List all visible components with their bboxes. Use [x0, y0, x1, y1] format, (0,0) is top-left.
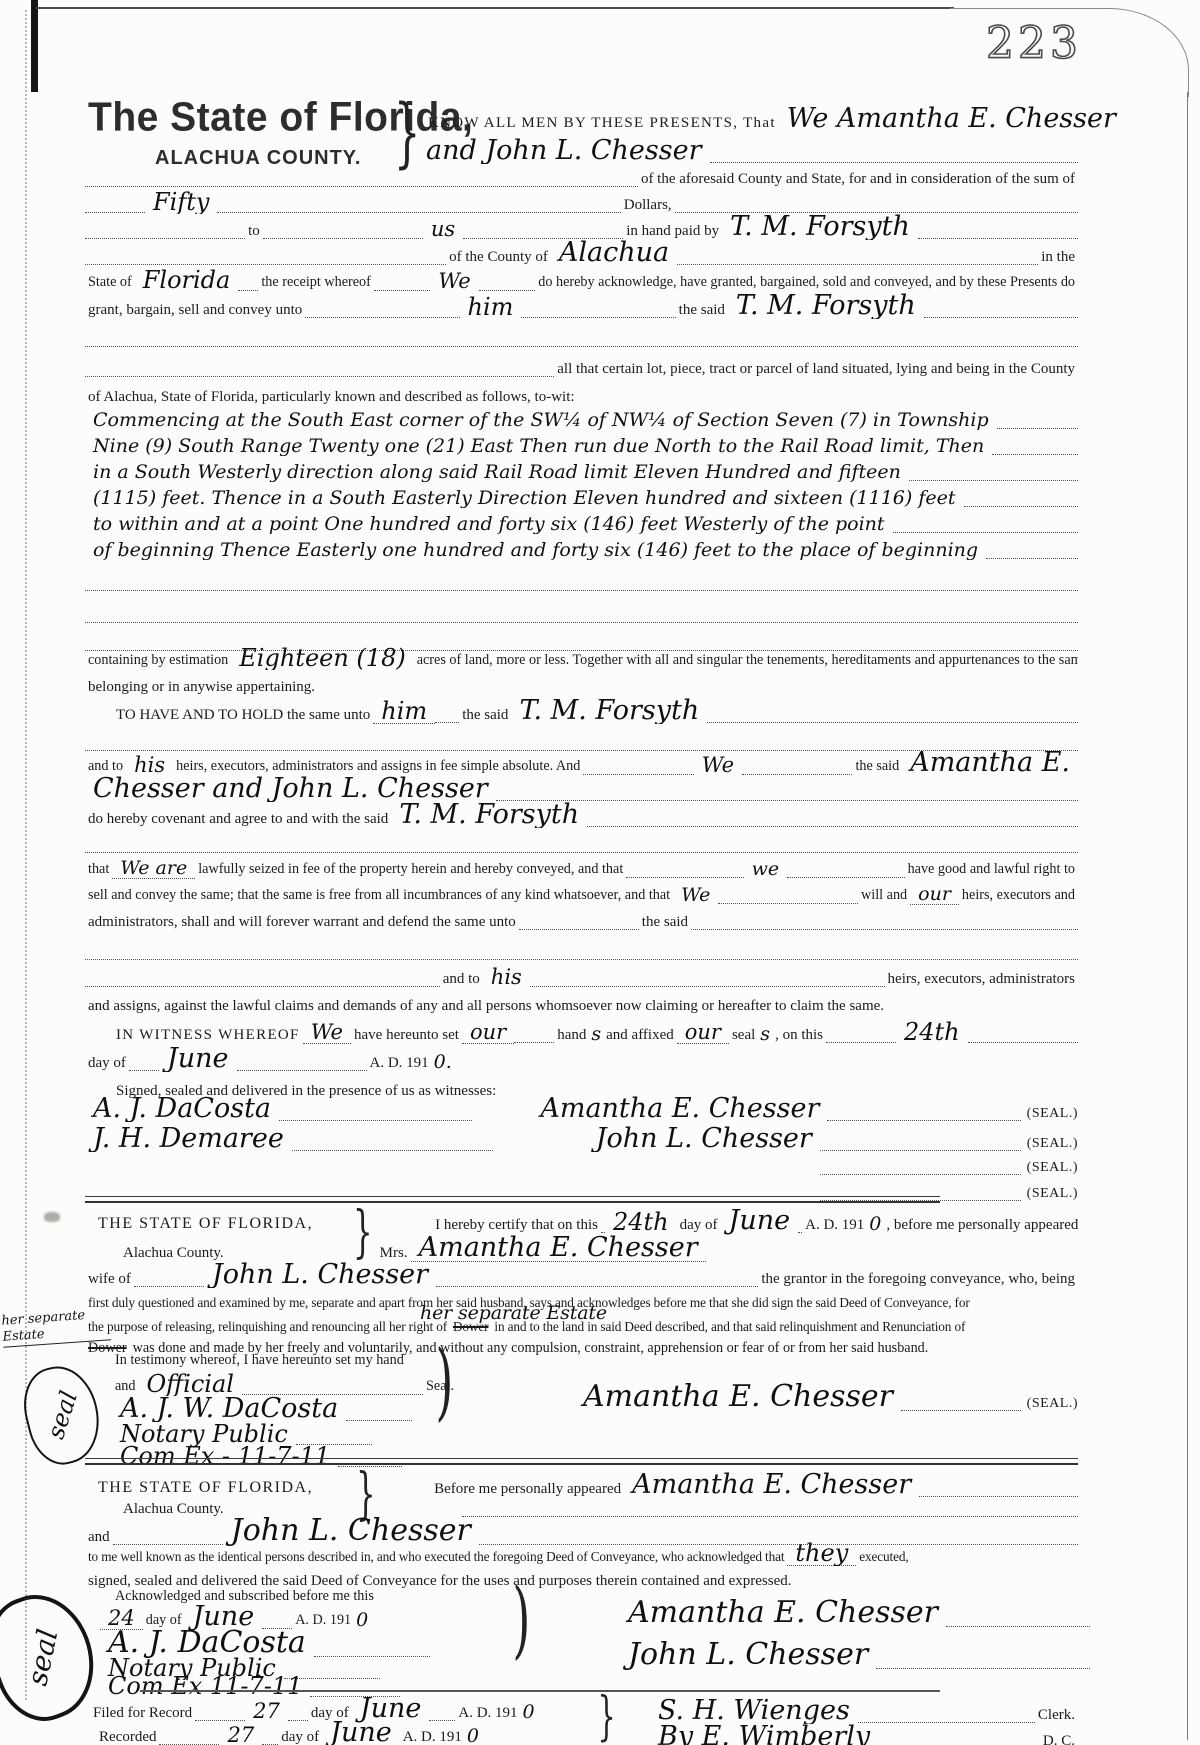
dotted-fill — [964, 506, 1079, 507]
line-warrant: administrators, shall and will forever w… — [85, 905, 1078, 931]
dotted-fill — [997, 428, 1078, 429]
his2-handwriting: his — [483, 967, 530, 988]
presents-label: KNOW ALL MEN BY THESE PRESENTS, That — [425, 115, 779, 133]
recorded-row: Recorded 27 day of June A. D. 191 0 — [96, 1720, 585, 1745]
dotted-fill — [238, 290, 258, 291]
cert1-seal-word: Seal. — [423, 1379, 457, 1396]
amantha-handwriting: Amantha E. — [902, 750, 1078, 776]
cert2-signer1-signature: Amantha E. Chesser — [620, 1598, 946, 1628]
cert2-signer1-row: Amantha E. Chesser — [620, 1592, 1090, 1628]
dollars-label: Dollars, — [621, 197, 675, 215]
day-num-handwriting: 24th — [896, 1020, 968, 1044]
blank-dotted-line — [85, 726, 1078, 752]
cert2-paren: ) — [512, 1582, 530, 1658]
cert1-seal-drawing: seal — [15, 1359, 109, 1472]
record-divider — [140, 1690, 940, 1692]
recorded-month-handwriting: June — [322, 1719, 400, 1745]
set-label: have hereunto set — [351, 1027, 462, 1045]
dotted-fill — [279, 1120, 472, 1121]
in-the-label: in the — [1038, 249, 1078, 267]
the-said-label: the said — [676, 302, 728, 320]
his-handwriting: his — [126, 755, 173, 776]
hand-s-handwriting: s — [589, 1025, 603, 1044]
dotted-fill — [893, 532, 1078, 533]
habendum-value-handwriting: him — [373, 699, 435, 724]
state-label: State of — [85, 275, 135, 292]
dotted-fill — [305, 317, 459, 318]
dotted-fill — [85, 590, 1078, 591]
page-right-rule — [1187, 92, 1188, 1740]
dotted-fill — [514, 1042, 554, 1043]
cert1-sep-estate-handwriting: her separate Estate — [412, 1304, 615, 1323]
cert2-seal-word-handwriting: seal — [20, 1626, 64, 1688]
receipt-value-handwriting: We — [430, 271, 478, 292]
we2-handwriting: we — [744, 860, 788, 879]
header-brace: } — [394, 98, 421, 166]
dotted-fill — [924, 317, 1078, 318]
ink-smudge — [44, 1212, 60, 1222]
on-this-label: , on this — [772, 1027, 826, 1045]
cert1-appeared-label: , before me personally appeared — [883, 1217, 1081, 1235]
line-receipt: State of Florida the receipt whereof We … — [85, 266, 1078, 292]
recorded-ad-label: A. D. 191 — [400, 1729, 465, 1745]
our-handwriting: our — [462, 1022, 514, 1044]
dotted-fill — [901, 1410, 1021, 1411]
witness2-signature: J. H. Demaree — [85, 1125, 292, 1152]
we-handwriting: We — [303, 1022, 351, 1044]
line-county: of the County of Alachua in the — [85, 240, 1078, 266]
recorded-day-handwriting: 27 — [219, 1725, 262, 1745]
section-divider — [85, 1458, 1078, 1465]
dotted-fill — [237, 1070, 367, 1071]
line-day-of: day of June A. D. 191 0. — [85, 1046, 1078, 1072]
dotted-fill — [718, 903, 858, 904]
we3-handwriting: We — [673, 886, 718, 905]
dotted-fill — [85, 376, 554, 377]
our2-handwriting: our — [677, 1022, 729, 1044]
dotted-fill — [909, 480, 1078, 481]
deputy-row: By E. Wimberly D. C. — [650, 1722, 1078, 1745]
ad-label: A. D. 191 — [367, 1055, 432, 1073]
description-handwriting: Nine (9) South Range Twenty one (21) Eas… — [85, 437, 992, 456]
deed-page: 223 The State of Florida, ALACHUA COUNTY… — [0, 0, 1200, 1745]
line-paid-by: to us in hand paid by T. M. Forsyth — [85, 214, 1078, 240]
convey-value-handwriting: him — [460, 295, 522, 319]
line-amount: Fifty Dollars, — [85, 188, 1078, 214]
signer1-signature: Amantha E. Chesser — [532, 1095, 827, 1122]
dotted-fill — [827, 1120, 1020, 1121]
dotted-fill — [968, 1042, 1078, 1043]
payer-handwriting: T. M. Forsyth — [722, 214, 918, 240]
dotted-fill — [691, 929, 1078, 930]
cert1-signer-row: Amantha E. Chesser (SEAL.) — [575, 1376, 1078, 1412]
dotted-fill — [521, 317, 675, 318]
dotted-fill — [374, 290, 431, 291]
grantee-handwriting: T. M. Forsyth — [728, 293, 924, 319]
blank-dotted-line — [85, 566, 1078, 592]
the-said-label: the said — [852, 759, 902, 776]
to-value-handwriting: us — [423, 219, 463, 240]
page-left-dotted-rule — [25, 10, 27, 1700]
state-value-handwriting: Florida — [135, 268, 239, 292]
covenant-grantee-handwriting: T. M. Forsyth — [391, 802, 587, 828]
day-of-label: day of — [85, 1055, 129, 1073]
dotted-fill — [587, 826, 1078, 827]
dotted-fill — [435, 722, 459, 723]
habendum-label: TO HAVE AND TO HOLD the same unto — [113, 707, 373, 725]
cert1-wife-row: wife of John L. Chesser the grantor in t… — [85, 1258, 1078, 1288]
grantor1-handwriting: We Amantha E. Chesser — [779, 105, 1124, 132]
dotted-fill — [85, 622, 1078, 623]
blank-dotted-line — [85, 322, 1078, 348]
county-value-handwriting: Alachua — [551, 240, 677, 266]
and-to-label: and to — [85, 759, 126, 776]
dotted-fill — [946, 1626, 1090, 1627]
clerk-row: S. H. Wienges Clerk. — [650, 1694, 1078, 1724]
dotted-fill — [85, 212, 145, 213]
dotted-fill — [479, 290, 536, 291]
dotted-fill — [85, 346, 1078, 347]
dotted-fill — [85, 264, 446, 265]
section-divider — [85, 1196, 940, 1203]
we-are-handwriting: We are — [112, 859, 195, 879]
line-situated: all that certain lot, piece, tract or pa… — [85, 352, 1078, 378]
we-handwriting: We — [694, 755, 742, 776]
belonging-text: belonging or in anywise appertaining. — [85, 679, 318, 697]
blank-dotted-line — [85, 935, 1078, 961]
description-handwriting: Commencing at the South East corner of t… — [85, 411, 997, 430]
witness1-signature: A. J. DaCosta — [85, 1095, 279, 1122]
cert1-testimony-row: In testimony whereof, I have hereunto se… — [112, 1348, 457, 1370]
description-line-3: in a South Westerly direction along said… — [85, 456, 1078, 482]
acknowledge-text: do hereby acknowledge, have granted, bar… — [535, 275, 1078, 292]
cert2-signer2-row: John L. Chesser — [620, 1634, 1090, 1670]
line-covenant: do hereby covenant and agree to and with… — [85, 802, 1078, 828]
description-line-2: Nine (9) South Range Twenty one (21) Eas… — [85, 430, 1078, 456]
blank-dotted-line — [85, 828, 1078, 854]
dotted-fill — [85, 959, 1078, 960]
deputy-label: D. C. — [1040, 1733, 1078, 1745]
cert2-known-row: to me well known as the identical person… — [85, 1540, 1078, 1566]
dotted-fill — [496, 800, 1078, 801]
and-to2-label: and to — [440, 971, 483, 989]
description-line-1: Commencing at the South East corner of t… — [85, 404, 1078, 430]
cert1-husband-handwriting: John L. Chesser — [204, 1261, 436, 1288]
heirs3-text: heirs, executors, administrators — [885, 971, 1078, 989]
dotted-fill — [583, 774, 693, 775]
grantee-handwriting: T. M. Forsyth — [511, 698, 707, 724]
dotted-fill — [876, 1668, 1090, 1669]
record-brace: } — [597, 1694, 615, 1741]
recorded-label: Recorded — [96, 1729, 159, 1745]
dotted-fill — [742, 774, 852, 775]
the-said2-label: the said — [639, 914, 691, 932]
that-label: that — [85, 862, 112, 879]
line-described: of Alachua, State of Florida, particular… — [85, 380, 1078, 406]
cert1-seal-word-handwriting: seal — [41, 1388, 83, 1443]
to-label: to — [245, 223, 263, 241]
description-line-6: of beginning Thence Easterly one hundred… — [85, 534, 1078, 560]
clerk-signature: S. H. Wienges — [650, 1697, 858, 1724]
dotted-fill — [820, 1174, 1021, 1175]
seal-label-word: seal — [729, 1027, 758, 1045]
county-label: of the County of — [446, 249, 551, 267]
cert2-signer2-signature: John L. Chesser — [620, 1640, 876, 1670]
month-handwriting: June — [159, 1046, 237, 1072]
containing-label: containing by estimation — [85, 653, 231, 670]
seal-label: (SEAL.) — [1021, 1396, 1078, 1412]
dotted-fill — [675, 212, 1078, 213]
filed-day-handwriting: 27 — [245, 1701, 288, 1722]
description-line-5: to within and at a point One hundred and… — [85, 508, 1078, 534]
amount-handwriting: Fifty — [145, 190, 217, 214]
covenant-label: do hereby covenant and agree to and with… — [85, 811, 391, 829]
dotted-fill — [707, 722, 1078, 723]
dotted-fill — [530, 986, 885, 987]
dotted-fill — [826, 1042, 896, 1043]
presents-line: KNOW ALL MEN BY THESE PRESENTS, That We … — [425, 98, 1078, 132]
dotted-fill — [263, 238, 423, 239]
line-sell: sell and convey the same; that the same … — [85, 879, 1078, 905]
line-seized: that We are lawfully seized in fee of th… — [85, 853, 1078, 879]
dotted-fill — [85, 238, 245, 239]
convey-label: grant, bargain, sell and convey unto — [85, 302, 305, 320]
cert1-year-handwriting: 0 — [867, 1215, 883, 1234]
line-heirs: and to his heirs, executors, administrat… — [85, 750, 1078, 776]
line-belonging: belonging or in anywise appertaining. — [85, 670, 1078, 696]
signature-row-1: A. J. DaCosta Amantha E. Chesser (SEAL.) — [85, 1092, 1078, 1122]
scan-edge-bar — [31, 0, 38, 92]
dotted-fill — [85, 186, 638, 187]
in-hand-label: in hand paid by — [623, 223, 722, 241]
acreage-handwriting: Eighteen (18) — [231, 646, 413, 670]
dotted-fill — [129, 1070, 159, 1071]
description-handwriting: (1115) feet. Thence in a South Easterly … — [85, 489, 964, 508]
cert1-signer-signature: Amantha E. Chesser — [575, 1382, 901, 1412]
line-habendum: TO HAVE AND TO HOLD the same unto him th… — [85, 698, 1078, 724]
cert1-month-handwriting: June — [721, 1207, 799, 1234]
blank-dotted-line — [85, 598, 1078, 624]
description-handwriting: to within and at a point One hundred and… — [85, 515, 893, 534]
chesser-handwriting: Chesser and John L. Chesser — [85, 776, 496, 802]
will-and-label: will and — [858, 888, 910, 905]
claims-text: and assigns, against the lawful claims a… — [85, 998, 887, 1016]
description-handwriting: of beginning Thence Easterly one hundred… — [85, 541, 986, 560]
warrant-text: administrators, shall and will forever w… — [85, 914, 519, 932]
seal-s-handwriting: s — [758, 1025, 772, 1044]
receipt-label: the receipt whereof — [258, 275, 374, 292]
dotted-fill — [217, 212, 620, 213]
the-said-label: the said — [459, 707, 511, 725]
line-chesser: Chesser and John L. Chesser — [85, 776, 1078, 802]
grantor2-handwriting: and John L. Chesser — [418, 137, 710, 164]
seal-label: (SEAL.) — [1021, 1186, 1078, 1202]
seized-text: lawfully seized in fee of the property h… — [195, 862, 626, 879]
signer2-signature: John L. Chesser — [588, 1125, 820, 1152]
dotted-fill — [986, 558, 1078, 559]
description-line-4: (1115) feet. Thence in a South Easterly … — [85, 482, 1078, 508]
seal-label: (SEAL.) — [1021, 1106, 1078, 1122]
our-handwriting: our — [910, 885, 959, 905]
dotted-fill — [787, 877, 904, 878]
line-containing: containing by estimation Eighteen (18) a… — [85, 644, 1078, 670]
grantor2-line: and John L. Chesser — [418, 134, 1078, 164]
line-convey: grant, bargain, sell and convey unto him… — [85, 293, 1078, 319]
line-claims: and assigns, against the lawful claims a… — [85, 989, 1078, 1015]
affixed-label: and affixed — [603, 1027, 677, 1045]
line-and-to-his: and to his heirs, executors, administrat… — [85, 962, 1078, 988]
hand-label: hand — [554, 1027, 589, 1045]
dotted-fill — [463, 238, 623, 239]
page-top-rule — [36, 7, 954, 9]
description-handwriting: in a South Westerly direction along said… — [85, 463, 909, 482]
situated-text: all that certain lot, piece, tract or pa… — [554, 361, 1078, 379]
cert2-they-handwriting: they — [787, 1541, 856, 1566]
dotted-fill — [677, 264, 1038, 265]
recorded-day-of-label: day of — [278, 1729, 322, 1745]
good-right-text: have good and lawful right to — [905, 862, 1078, 879]
heirs2-text: heirs, executors and — [959, 888, 1078, 905]
recorded-year-handwriting: 0 — [465, 1727, 481, 1745]
signature-row-2: J. H. Demaree John L. Chesser (SEAL.) — [85, 1122, 1078, 1152]
dotted-fill — [519, 929, 639, 930]
aforesaid-text: of the aforesaid County and State, for a… — [638, 171, 1078, 189]
line-aforesaid: of the aforesaid County and State, for a… — [85, 162, 1078, 188]
seal-label: (SEAL.) — [1021, 1160, 1078, 1176]
deputy-signature: By E. Wimberly — [650, 1723, 878, 1745]
dotted-fill — [918, 238, 1078, 239]
acres-text: acres of land, more or less. Together wi… — [414, 653, 1078, 670]
year-handwriting: 0. — [432, 1053, 454, 1072]
page-number: 223 — [986, 18, 1082, 69]
dotted-fill — [992, 454, 1078, 455]
signature-row-3: (SEAL.) — [85, 1150, 1078, 1176]
dotted-fill — [626, 877, 743, 878]
dotted-fill — [85, 986, 440, 987]
line-in-witness: IN WITNESS WHEREOF We have hereunto set … — [85, 1018, 1078, 1044]
in-witness-label: IN WITNESS WHEREOF — [113, 1027, 303, 1045]
sell-text: sell and convey the same; that the same … — [85, 888, 673, 905]
heirs-text: heirs, executors, administrators and ass… — [173, 759, 583, 776]
cert1-ad-label: A. D. 191 — [802, 1217, 867, 1235]
